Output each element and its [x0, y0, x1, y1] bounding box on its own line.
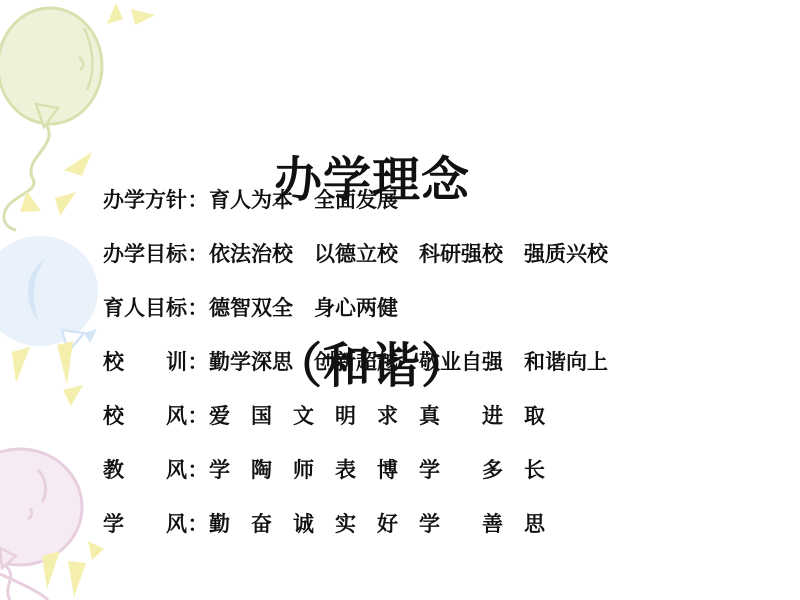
- line-content: 学 陶 师 表 博 学 多 长: [209, 454, 545, 484]
- line-colon: ：: [187, 184, 209, 214]
- line-label: 学风: [103, 508, 187, 538]
- sparkle-icon: [42, 551, 60, 589]
- balloon-pink-knot: [0, 548, 16, 568]
- line-label: 育人目标: [103, 292, 187, 322]
- line-label: 校训: [103, 346, 187, 376]
- line-colon: ：: [187, 400, 209, 430]
- line-label: 办学目标: [103, 238, 187, 268]
- line-colon: ：: [187, 346, 209, 376]
- sparkle-icon: [88, 541, 104, 560]
- sparkle-icon: [68, 561, 86, 597]
- line-colon: ：: [187, 508, 209, 538]
- line-content: 育人为本 全面发展: [209, 184, 398, 214]
- line-content: 依法治校 以德立校 科研强校 强质兴校: [209, 238, 608, 268]
- body-line-fangzhen: 办学方针 ： 育人为本 全面发展: [103, 172, 800, 226]
- line-label: 校风: [103, 400, 187, 430]
- line-content: 勤学深思 创新超越 敬业自强 和谐向上: [209, 346, 608, 376]
- sparkle-icon: [107, 3, 123, 24]
- line-content: 德智双全 身心两健: [209, 292, 398, 322]
- line-colon: ：: [187, 292, 209, 322]
- slide-body: 办学方针 ： 育人为本 全面发展 办学目标 ： 依法治校 以德立校 科研强校 强…: [103, 172, 800, 550]
- line-colon: ：: [187, 238, 209, 268]
- line-label: 教风: [103, 454, 187, 484]
- body-line-mubiao: 办学目标 ： 依法治校 以德立校 科研强校 强质兴校: [103, 226, 800, 280]
- body-line-xuefeng: 学风 ： 勤 奋 诚 实 好 学 善 思: [103, 496, 800, 550]
- line-label: 办学方针: [103, 184, 187, 214]
- body-line-xiaofeng: 校风 ： 爱 国 文 明 求 真 进 取: [103, 388, 800, 442]
- presentation-slide: 办学理念 （和谐） 办学方针 ： 育人为本 全面发展 办学目标 ： 依法治校 以…: [0, 0, 800, 600]
- balloon-pink-string: [0, 574, 48, 600]
- body-line-xiaoxun: 校训 ： 勤学深思 创新超越 敬业自强 和谐向上: [103, 334, 800, 388]
- sparkle-icon: [131, 9, 155, 25]
- body-line-jiaofeng: 教风 ： 学 陶 师 表 博 学 多 长: [103, 442, 800, 496]
- body-line-yuren: 育人目标 ： 德智双全 身心两健: [103, 280, 800, 334]
- line-content: 爱 国 文 明 求 真 进 取: [209, 400, 545, 430]
- line-content: 勤 奋 诚 实 好 学 善 思: [209, 508, 545, 538]
- balloon-pink-string: [6, 566, 11, 600]
- line-colon: ：: [187, 454, 209, 484]
